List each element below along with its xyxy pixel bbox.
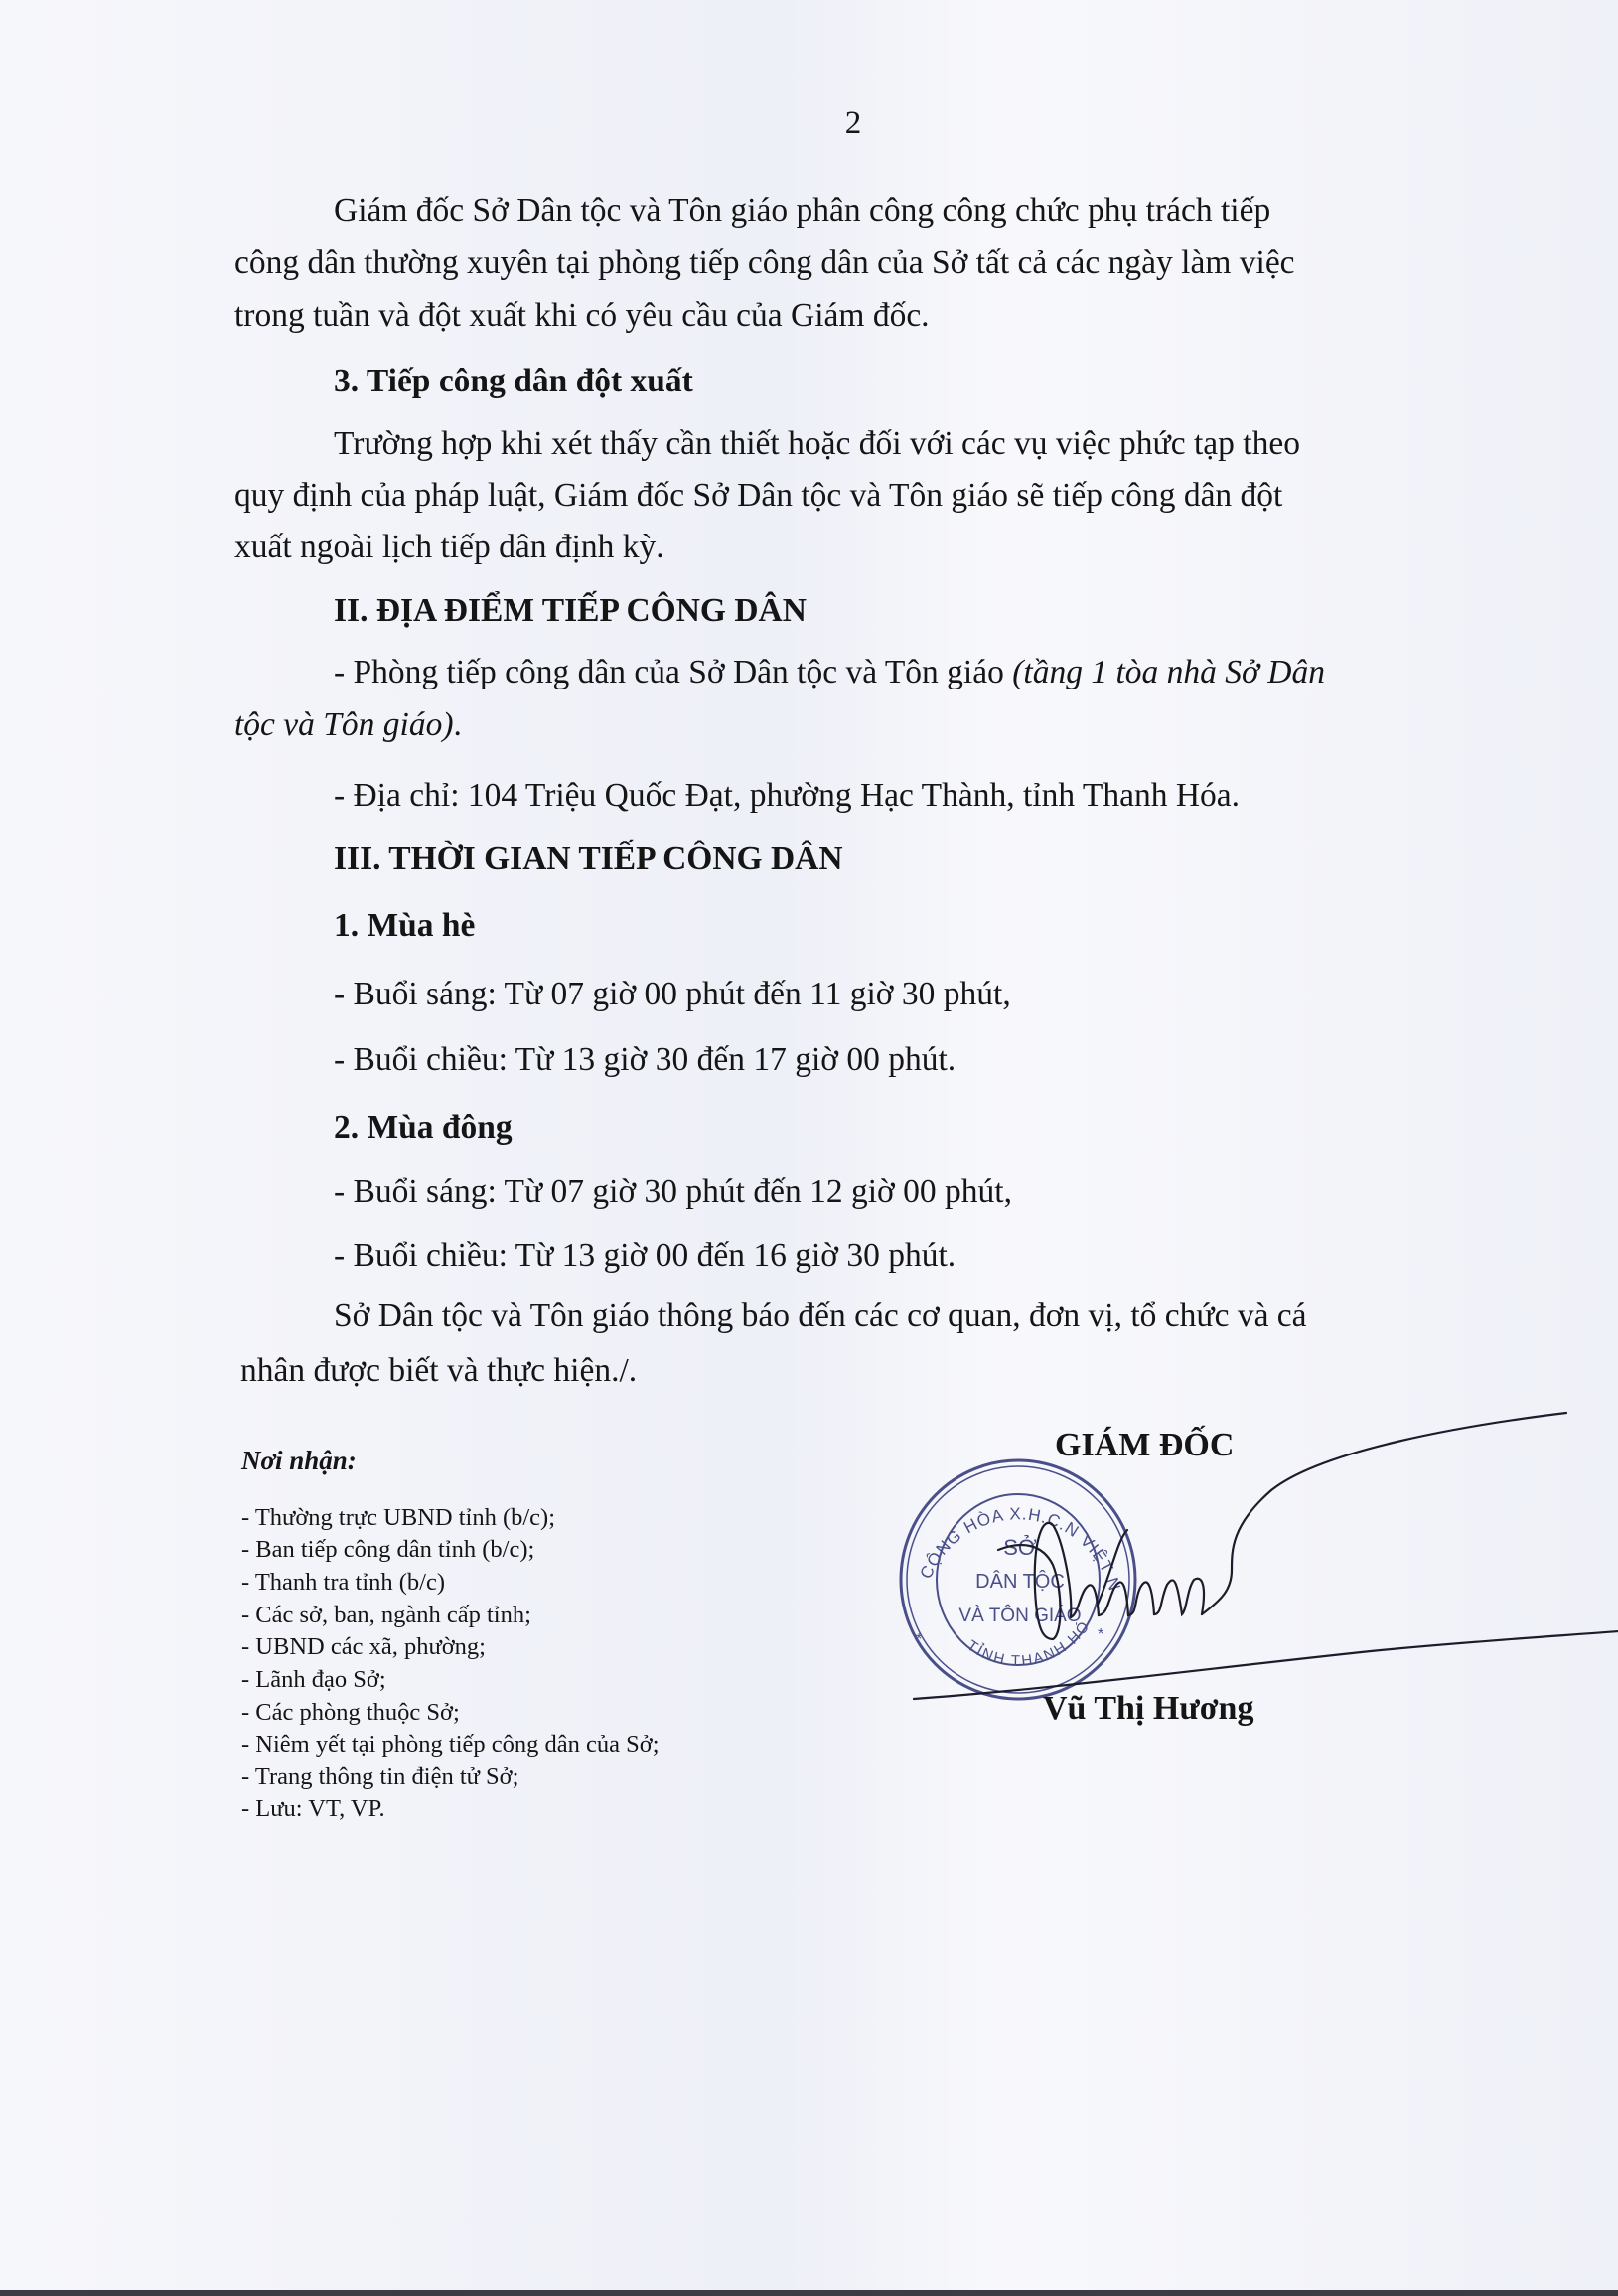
recipient-item: - Các phòng thuộc Sở; <box>241 1697 460 1729</box>
recipient-item: - Thường trực UBND tỉnh (b/c); <box>241 1502 555 1534</box>
recipient-item: - Lưu: VT, VP. <box>241 1793 385 1825</box>
recipient-item: - Ban tiếp công dân tỉnh (b/c); <box>241 1534 534 1566</box>
recipient-item: - Lãnh đạo Sở; <box>241 1664 386 1696</box>
signer-name: Vũ Thị Hương <box>1043 1689 1253 1729</box>
scan-edge <box>0 2290 1618 2296</box>
address-line: - Địa chỉ: 104 Triệu Quốc Đạt, phường Hạ… <box>334 776 1240 816</box>
room-prefix: - Phòng tiếp công dân của Sở Dân tộc và … <box>334 654 1012 690</box>
paragraph-2-line-2: quy định của pháp luật, Giám đốc Sở Dân … <box>234 476 1282 516</box>
room-line: - Phòng tiếp công dân của Sở Dân tộc và … <box>334 653 1325 692</box>
section-iii-heading: III. THỜI GIAN TIẾP CÔNG DÂN <box>334 840 843 879</box>
page-number: 2 <box>0 103 1618 143</box>
paragraph-1-line-3: trong tuần và đột xuất khi có yêu cầu củ… <box>234 296 930 336</box>
summer-morning: - Buổi sáng: Từ 07 giờ 00 phút đến 11 gi… <box>334 975 1011 1014</box>
room-end: . <box>454 706 462 743</box>
room-line-2: tộc và Tôn giáo). <box>234 705 462 745</box>
section-ii-heading: II. ĐỊA ĐIỂM TIẾP CÔNG DÂN <box>334 591 807 631</box>
closing-line-1: Sở Dân tộc và Tôn giáo thông báo đến các… <box>334 1297 1307 1336</box>
subheading-3: 3. Tiếp công dân đột xuất <box>334 362 693 401</box>
summer-afternoon: - Buổi chiều: Từ 13 giờ 30 đến 17 giờ 00… <box>334 1040 956 1080</box>
recipient-item: - Niêm yết tại phòng tiếp công dân của S… <box>241 1729 660 1760</box>
paragraph-1-line-1: Giám đốc Sở Dân tộc và Tôn giáo phân côn… <box>334 191 1270 230</box>
room-note: (tầng 1 tòa nhà Sở Dân <box>1012 654 1325 690</box>
winter-afternoon: - Buổi chiều: Từ 13 giờ 00 đến 16 giờ 30… <box>334 1236 956 1276</box>
recipient-item: - Các sở, ban, ngành cấp tỉnh; <box>241 1600 531 1631</box>
recipient-item: - Trang thông tin điện tử Sở; <box>241 1761 518 1793</box>
recipients-heading: Nơi nhận: <box>241 1441 357 1480</box>
room-note-cont: tộc và Tôn giáo) <box>234 706 454 743</box>
paragraph-2-line-3: xuất ngoài lịch tiếp dân định kỳ. <box>234 528 664 567</box>
recipient-item: - Thanh tra tỉnh (b/c) <box>241 1567 445 1599</box>
handwritten-signature <box>904 1391 1618 1719</box>
winter-title: 2. Mùa đông <box>334 1108 513 1148</box>
winter-morning: - Buổi sáng: Từ 07 giờ 30 phút đến 12 gi… <box>334 1172 1012 1212</box>
paragraph-2-line-1: Trường hợp khi xét thấy cần thiết hoặc đ… <box>334 424 1300 464</box>
recipient-item: - UBND các xã, phường; <box>241 1631 486 1663</box>
paragraph-1-line-2: công dân thường xuyên tại phòng tiếp côn… <box>234 243 1295 283</box>
closing-line-2: nhân được biết và thực hiện./. <box>240 1351 637 1391</box>
summer-title: 1. Mùa hè <box>334 906 475 946</box>
document-page: 2 Giám đốc Sở Dân tộc và Tôn giáo phân c… <box>0 0 1618 2296</box>
